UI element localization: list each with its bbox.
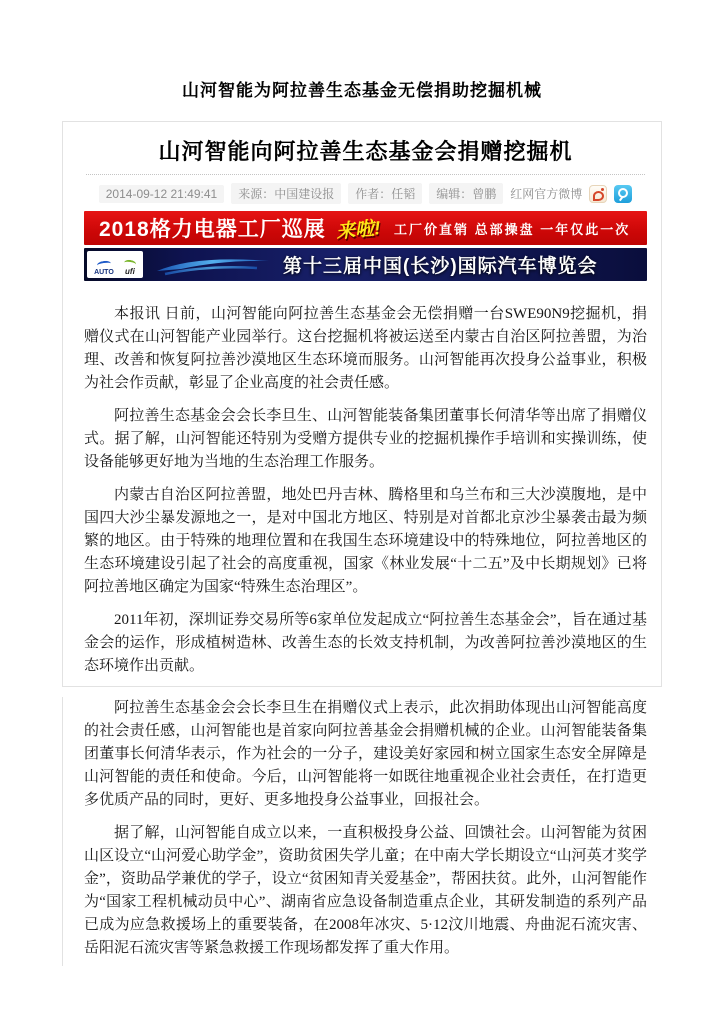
sina-weibo-icon[interactable] xyxy=(589,185,607,203)
source-label: 来源：中国建设报 xyxy=(231,183,341,204)
article-paragraph: 本报讯 日前，山河智能向阿拉善生态基金会无偿捐赠一台SWE90N9挖掘机，捐赠仪… xyxy=(84,303,647,395)
expo-logo-box: AUTO ufi xyxy=(87,251,143,278)
document-title: 山河智能为阿拉善生态基金无偿捐助挖掘机械 xyxy=(0,0,724,101)
article-paragraph: 阿拉善生态基金会会长李旦生在捐赠仪式上表示，此次捐助体现出山河智能高度的社会责任… xyxy=(84,697,647,812)
weibo-account-label: 红网官方微博 xyxy=(510,185,582,202)
auto-logo: AUTO xyxy=(94,261,114,276)
article-continuation: 阿拉善生态基金会会长李旦生在捐赠仪式上表示，此次捐助体现出山河智能高度的社会责任… xyxy=(62,697,662,966)
publish-timestamp: 2014-09-12 21:49:41 xyxy=(99,185,224,203)
gree-ad-title: 2018格力电器工厂巡展 xyxy=(99,213,326,243)
article-meta-bar: 2014-09-12 21:49:41 来源：中国建设报 作者：任韬 编辑：曾鹏… xyxy=(84,183,647,204)
tencent-weibo-icon[interactable] xyxy=(614,185,632,203)
gree-ad-badge: 来啦! xyxy=(335,213,382,244)
article-card: 山河智能向阿拉善生态基金会捐赠挖掘机 2014-09-12 21:49:41 来… xyxy=(62,121,662,687)
document-page: 山河智能为阿拉善生态基金无偿捐助挖掘机械 山河智能向阿拉善生态基金会捐赠挖掘机 … xyxy=(0,0,724,966)
car-swoosh-icon xyxy=(153,252,273,278)
auto-logo-text: AUTO xyxy=(94,269,114,276)
article-paragraph: 2011年初，深圳证券交易所等6家单位发起成立“阿拉善生态基金会”，旨在通过基金… xyxy=(84,609,647,678)
article-headline: 山河智能向阿拉善生态基金会捐赠挖掘机 xyxy=(84,135,647,166)
gree-ad-tagline: 工厂价直销 总部操盘 一年仅此一次 xyxy=(394,219,630,238)
ufi-logo: ufi xyxy=(124,260,136,276)
editor-label: 编辑：曾鹏 xyxy=(429,183,503,204)
article-paragraph: 阿拉善生态基金会会长李旦生、山河智能装备集团董事长何清华等出席了捐赠仪式。据了解… xyxy=(84,405,647,474)
article-paragraph: 据了解，山河智能自成立以来，一直积极投身公益、回馈社会。山河智能为贫困山区设立“… xyxy=(84,822,647,960)
expo-ad-title: 第十三届中国(长沙)国际汽车博览会 xyxy=(283,251,598,278)
ufi-logo-text: ufi xyxy=(125,268,135,276)
author-label: 作者：任韬 xyxy=(348,183,422,204)
article-paragraph: 内蒙古自治区阿拉善盟，地处巴丹吉林、腾格里和乌兰布和三大沙漠腹地，是中国四大沙尘… xyxy=(84,484,647,599)
auto-expo-ad-banner[interactable]: AUTO ufi 第十三届中国(长沙)国际汽车博览会 xyxy=(84,248,647,281)
headline-divider xyxy=(86,174,645,175)
auto-logo-swoosh-icon xyxy=(97,260,112,269)
gree-ad-banner[interactable]: 2018格力电器工厂巡展 来啦! 工厂价直销 总部操盘 一年仅此一次 xyxy=(84,211,647,245)
